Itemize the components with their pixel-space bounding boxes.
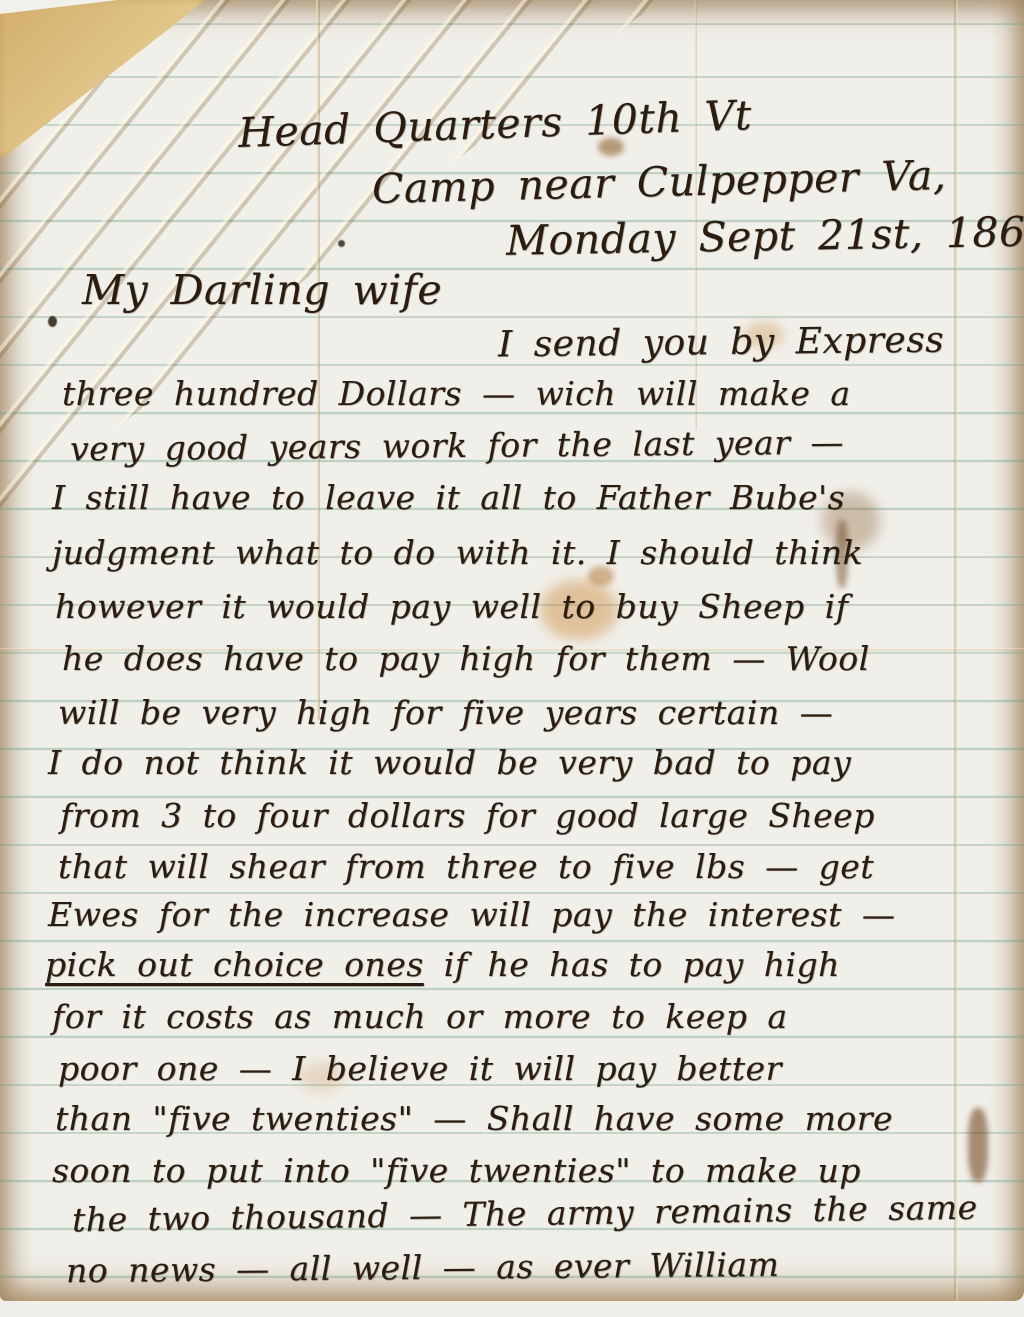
body-line: he does have to pay high for them — Wool xyxy=(62,639,870,678)
underlined-phrase: pick out choice ones xyxy=(45,945,424,984)
body-line-underlined: pick out choice ones if he has to pay hi… xyxy=(45,945,840,984)
letter-scan: Head Quarters 10th Vt Camp near Culpeppe… xyxy=(0,0,1024,1317)
body-line: I still have to leave it all to Father B… xyxy=(52,478,845,517)
body-line: than "five twenties" — Shall have some m… xyxy=(55,1099,893,1138)
body-line-rest: if he has to pay high xyxy=(424,945,840,984)
letter-paper: Head Quarters 10th Vt Camp near Culpeppe… xyxy=(0,0,1024,1301)
body-line: poor one — I believe it will pay better xyxy=(58,1049,782,1088)
heading-line-date: Monday Sept 21st, 1863 xyxy=(506,207,1024,265)
body-line: soon to put into "five twenties" to make… xyxy=(52,1151,861,1190)
body-line: very good years work for the last year — xyxy=(70,423,844,469)
body-line: however it would pay well to buy Sheep i… xyxy=(55,587,848,626)
body-line: that will shear from three to five lbs —… xyxy=(58,847,874,886)
body-line: for it costs as much or more to keep a xyxy=(52,997,788,1036)
body-line: three hundred Dollars — wich will make a xyxy=(62,374,851,413)
closing-signature-line: no news — all well — as ever William xyxy=(66,1245,780,1290)
body-line: from 3 to four dollars for good large Sh… xyxy=(60,796,875,835)
body-line: will be very high for five years certain… xyxy=(58,693,833,732)
body-line: I send you by Express xyxy=(498,320,945,366)
body-line: I do not think it would be very bad to p… xyxy=(48,743,851,782)
body-line: judgment what to do with it. I should th… xyxy=(52,533,863,572)
salutation: My Darling wife xyxy=(82,266,442,314)
body-line: Ewes for the increase will pay the inter… xyxy=(48,895,895,934)
